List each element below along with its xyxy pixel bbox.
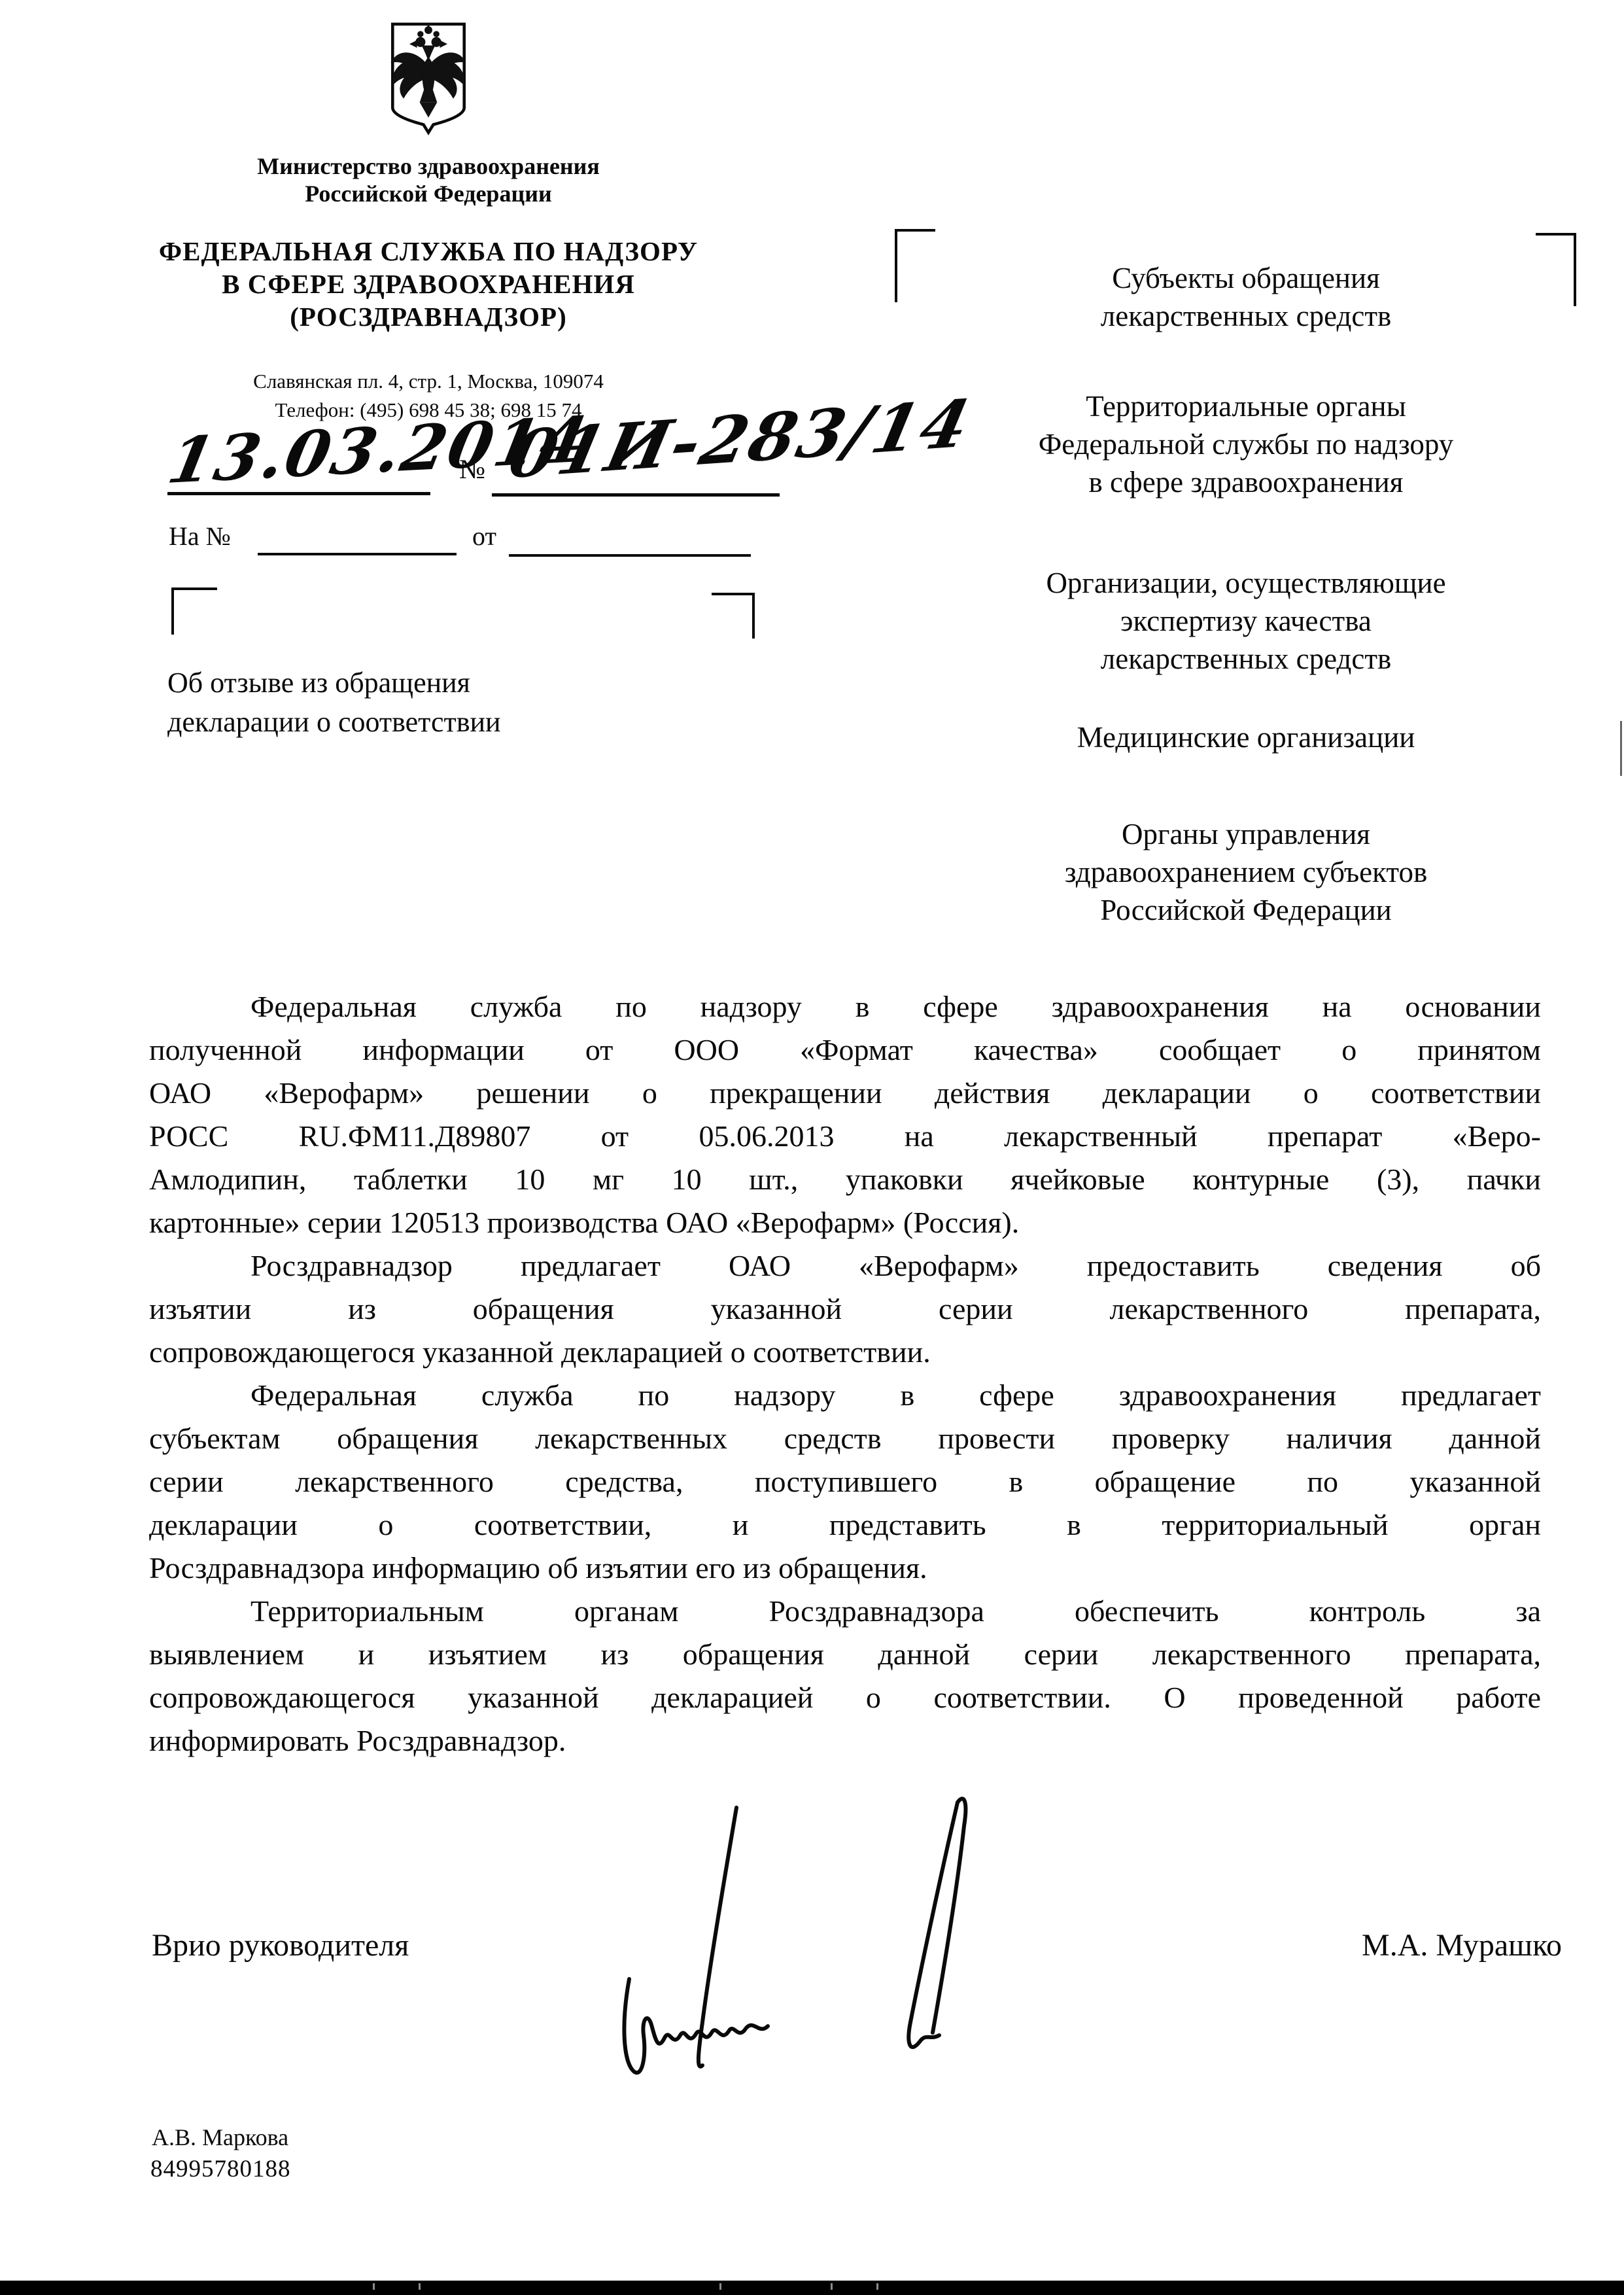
body-paragraph: Территориальным органам Росздравнадзора …: [149, 1590, 1541, 1762]
body-line: Федеральная служба по надзору в сфере зд…: [149, 985, 1541, 1028]
recipient-line: Федеральной службы по надзору: [903, 425, 1589, 463]
recipient-line: лекарственных средств: [903, 640, 1589, 678]
corner-mark-subject-right: [712, 593, 755, 639]
executor-phone: 84995780188: [150, 2155, 291, 2183]
body-line: сопровождающегося указанной декларацией …: [149, 1331, 1541, 1374]
service-name: ФЕДЕРАЛЬНАЯ СЛУЖБА ПО НАДЗОРУ В СФЕРЕ ЗД…: [98, 235, 759, 333]
body-line: РОСС RU.ФМ11.Д89807 от 05.06.2013 на лек…: [149, 1115, 1541, 1158]
body-line: полученной информации от ООО «Формат кач…: [149, 1028, 1541, 1072]
body-line: картонные» серии 120513 производства ОАО…: [149, 1201, 1541, 1244]
postal-address: Славянская пл. 4, стр. 1, Москва, 109074: [98, 370, 759, 393]
ministry-line: Министерство здравоохранения: [98, 152, 759, 180]
reply-number-blank-line: [258, 553, 457, 555]
recipient-line: здравоохранением субъектов: [903, 853, 1589, 891]
body-line: выявлением и изъятием из обращения данно…: [149, 1633, 1541, 1676]
subject-block: Об отзыве из обращениядекларации о соотв…: [167, 663, 501, 742]
number-underline: [492, 493, 780, 497]
corner-mark-subject-left: [171, 587, 217, 635]
ministry-name: Министерство здравоохранения Российской …: [98, 152, 759, 207]
executor-name: А.В. Маркова: [152, 2124, 288, 2151]
subject-line: декларации о соответствии: [167, 703, 501, 742]
reply-from-label: от: [472, 521, 496, 552]
body-paragraph: Федеральная служба по надзору в сфере зд…: [149, 985, 1541, 1244]
body-line: Амлодипин, таблетки 10 мг 10 шт., упаков…: [149, 1158, 1541, 1201]
recipient-line: Субъекты обращения: [903, 259, 1589, 297]
scan-edge-artifact: [1620, 721, 1622, 776]
recipient-item: Территориальные органыФедеральной службы…: [903, 387, 1589, 501]
recipient-line: Органы управления: [903, 815, 1589, 853]
ministry-line: Российской Федерации: [98, 180, 759, 207]
recipient-line: Организации, осуществляющие: [903, 564, 1589, 602]
recipient-item: Органы управленияздравоохранением субъек…: [903, 815, 1589, 929]
scan-bar-slit: [831, 2283, 833, 2290]
scan-bar-slit: [719, 2283, 721, 2290]
service-line: В СФЕРЕ ЗДРАВООХРАНЕНИЯ: [98, 268, 759, 300]
recipient-line: в сфере здравоохранения: [903, 463, 1589, 501]
recipient-line: Территориальные органы: [903, 387, 1589, 425]
body-line: субъектам обращения лекарственных средст…: [149, 1417, 1541, 1460]
body-line: Росздравнадзора информацию об изъятии ег…: [149, 1547, 1541, 1590]
signer-name: М.А. Мурашко: [1362, 1927, 1562, 1963]
russia-coat-of-arms-icon: [379, 18, 478, 141]
body-line: ОАО «Верофарм» решении о прекращении дей…: [149, 1072, 1541, 1115]
recipient-line: Медицинские организации: [903, 718, 1589, 756]
recipient-item: Организации, осуществляющиеэкспертизу ка…: [903, 564, 1589, 678]
body-line: декларации о соответствии, и представить…: [149, 1503, 1541, 1547]
reply-to-number-label: На №: [169, 521, 231, 552]
scanned-letter-page: Министерство здравоохранения Российской …: [0, 0, 1624, 2295]
scan-bar-slit: [876, 2283, 878, 2290]
subject-line: Об отзыве из обращения: [167, 663, 501, 703]
scan-bar-slit: [373, 2283, 375, 2290]
body-line: Территориальным органам Росздравнадзора …: [149, 1590, 1541, 1633]
body-line: изъятии из обращения указанной серии лек…: [149, 1288, 1541, 1331]
recipient-item: Субъекты обращениялекарственных средств: [903, 259, 1589, 335]
date-underline: [167, 492, 430, 495]
body-line: серии лекарственного средства, поступивш…: [149, 1460, 1541, 1503]
scan-bottom-bar: [0, 2281, 1624, 2295]
body-line: сопровождающегося указанной декларацией …: [149, 1676, 1541, 1719]
letterhead: Министерство здравоохранения Российской …: [98, 18, 759, 422]
recipient-line: экспертизу качества: [903, 602, 1589, 640]
signer-position: Врио руководителя: [152, 1927, 409, 1963]
recipient-line: Российской Федерации: [903, 891, 1589, 929]
recipient-item: Медицинские организации: [903, 718, 1589, 756]
scan-bar-slit: [419, 2283, 421, 2290]
signature-scribble: [574, 1791, 1071, 2087]
body-paragraph: Федеральная служба по надзору в сфере зд…: [149, 1374, 1541, 1590]
reply-date-blank-line: [509, 554, 751, 557]
body-line: Росздравнадзор предлагает ОАО «Верофарм»…: [149, 1244, 1541, 1288]
recipient-line: лекарственных средств: [903, 297, 1589, 335]
service-line: (РОСЗДРАВНАДЗОР): [98, 300, 759, 333]
body-line: информировать Росздравнадзор.: [149, 1719, 1541, 1762]
body-paragraph: Росздравнадзор предлагает ОАО «Верофарм»…: [149, 1244, 1541, 1374]
body-line: Федеральная служба по надзору в сфере зд…: [149, 1374, 1541, 1417]
letter-body: Федеральная служба по надзору в сфере зд…: [149, 985, 1541, 1762]
recipients-list: Субъекты обращениялекарственных средствТ…: [903, 259, 1589, 929]
service-line: ФЕДЕРАЛЬНАЯ СЛУЖБА ПО НАДЗОРУ: [98, 235, 759, 268]
number-sign-label: №: [459, 454, 485, 485]
